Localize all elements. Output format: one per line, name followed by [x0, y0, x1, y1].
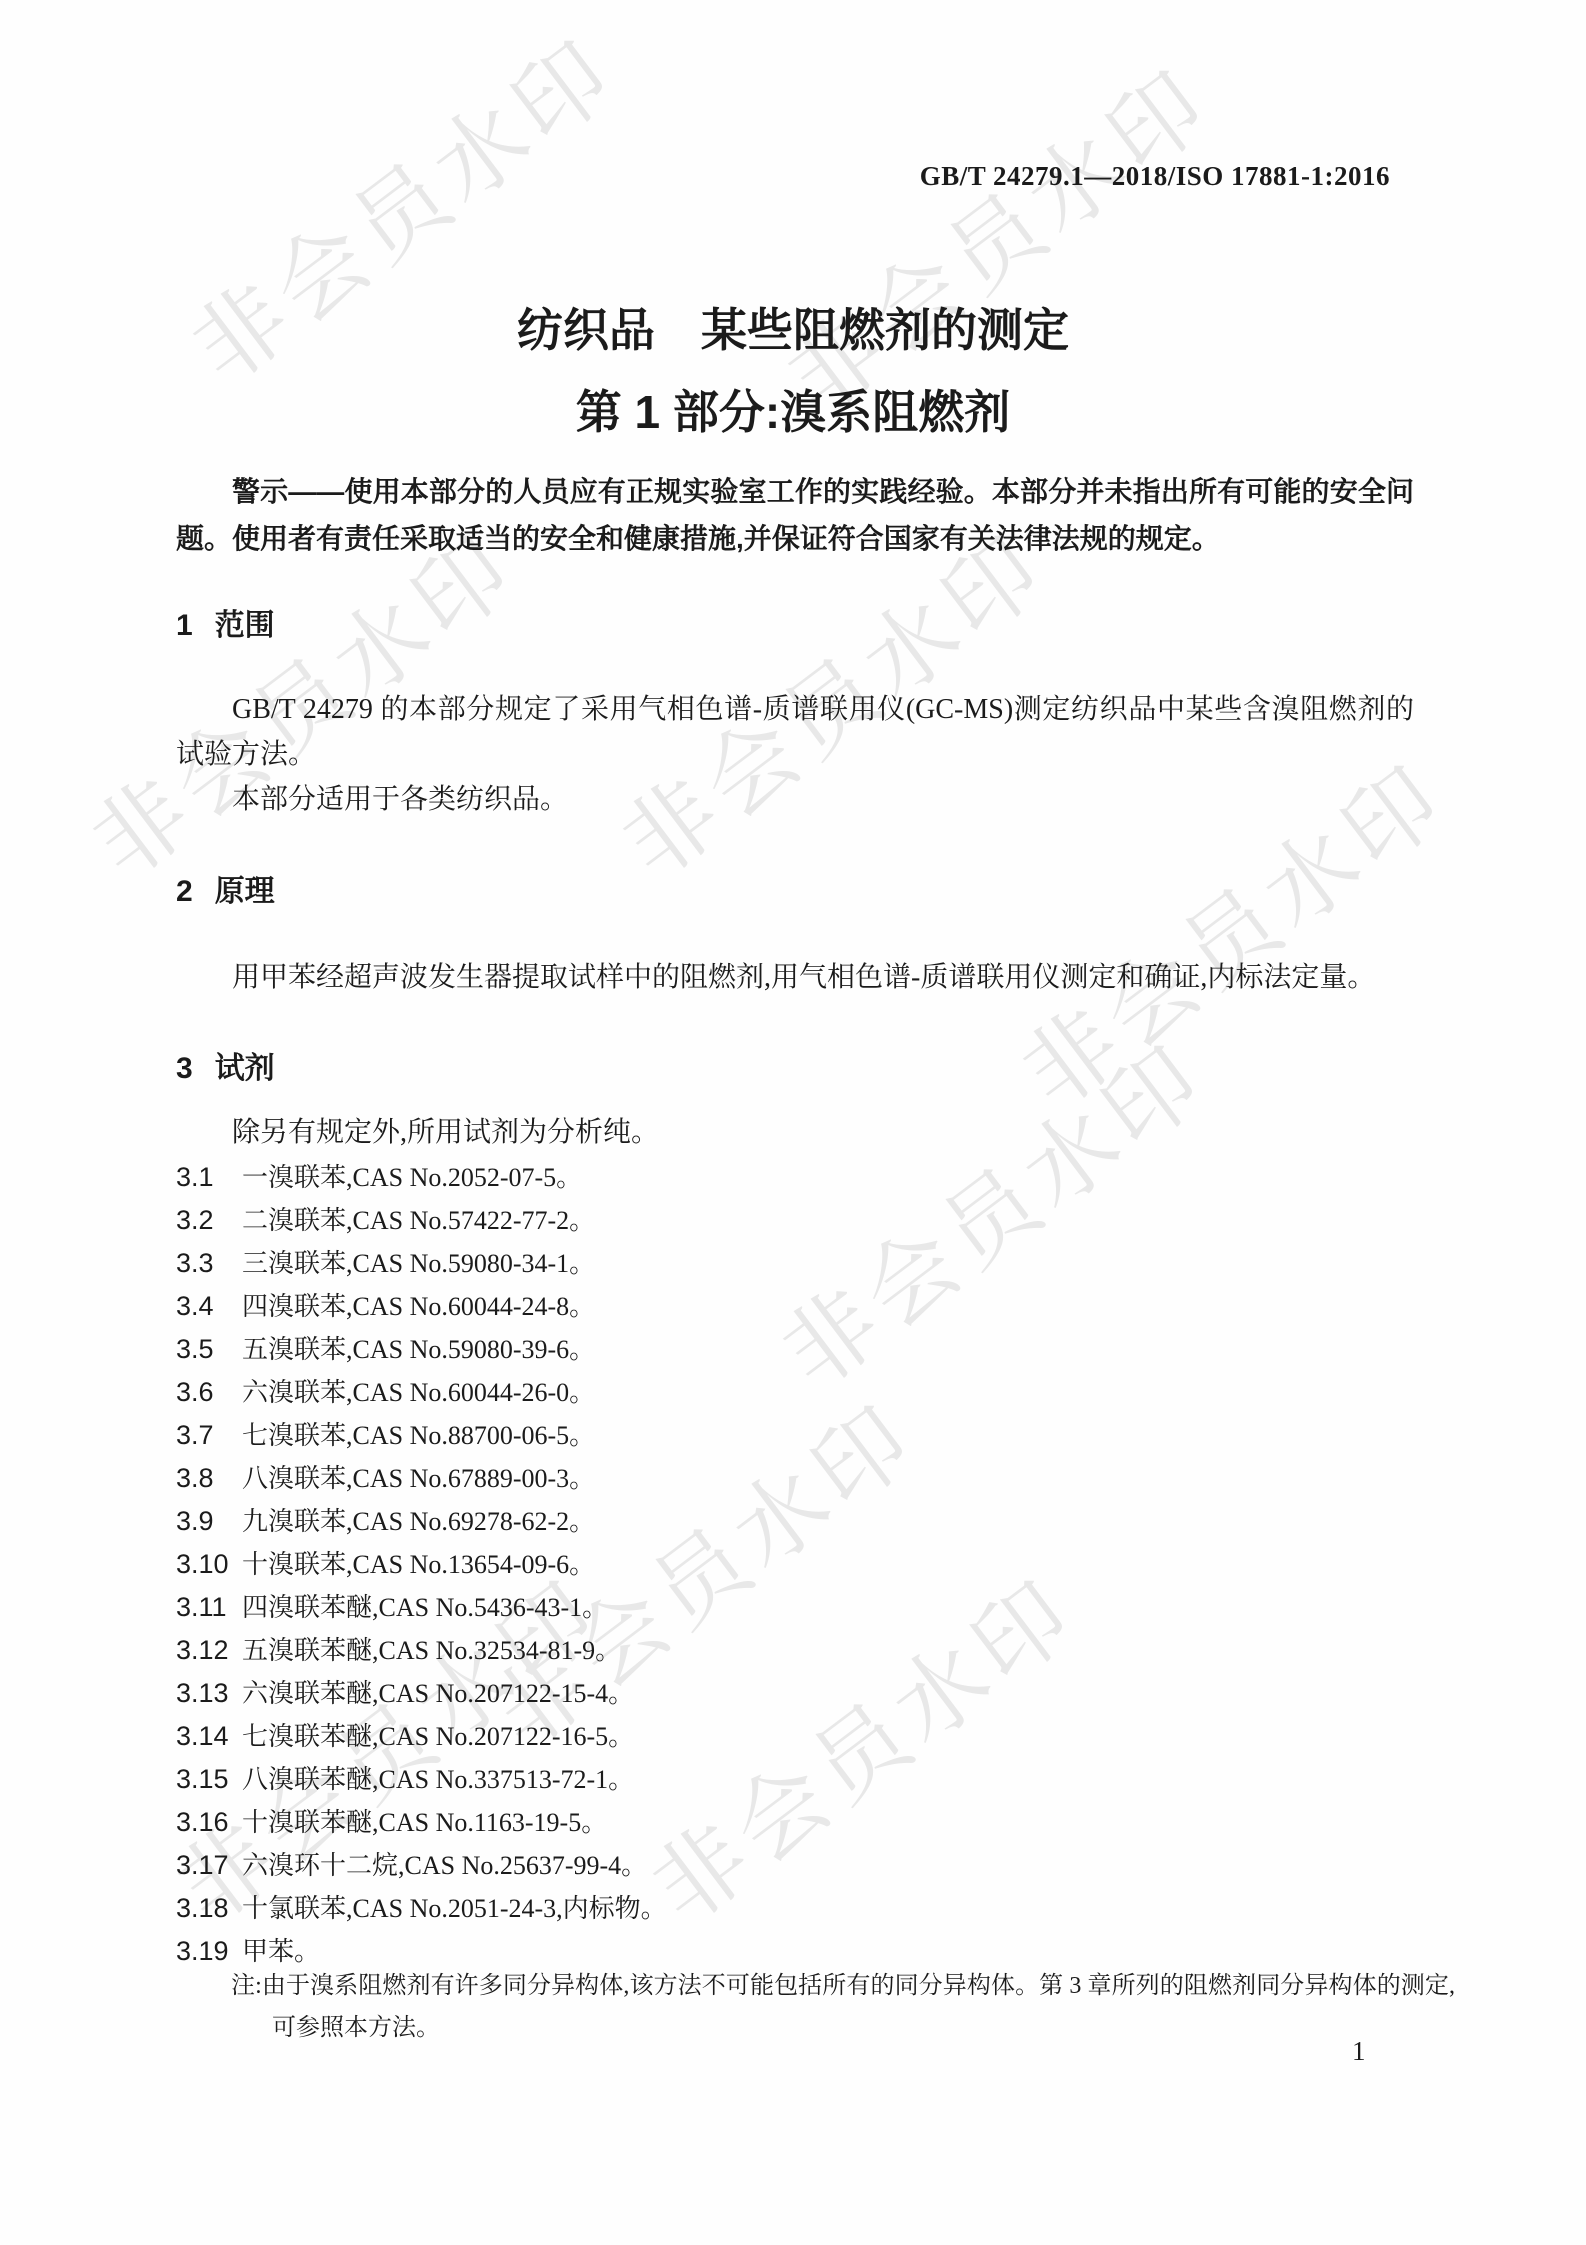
reagent-item: 3.3三溴联苯,CAS No.59080-34-1。	[176, 1243, 1414, 1286]
reagent-item: 3.17六溴环十二烷,CAS No.25637-99-4。	[176, 1845, 1414, 1888]
reagent-item: 3.15八溴联苯醚,CAS No.337513-72-1。	[176, 1759, 1414, 1802]
reagent-item: 3.14七溴联苯醚,CAS No.207122-16-5。	[176, 1716, 1414, 1759]
section-1-heading: 1范围	[176, 608, 275, 644]
reagent-item: 3.2二溴联苯,CAS No.57422-77-2。	[176, 1200, 1414, 1243]
reagent-text: 四溴联苯醚,CAS No.5436-43-1。	[242, 1587, 608, 1624]
section-3-number: 3	[176, 1051, 193, 1087]
section-2-title: 原理	[215, 875, 275, 908]
reagent-number: 3.4	[176, 1291, 242, 1322]
reagent-text: 五溴联苯,CAS No.59080-39-6。	[242, 1329, 595, 1366]
reagent-item: 3.5五溴联苯,CAS No.59080-39-6。	[176, 1329, 1414, 1372]
reagent-number: 3.16	[176, 1807, 242, 1838]
reagent-number: 3.19	[176, 1936, 242, 1967]
reagent-number: 3.9	[176, 1506, 242, 1537]
reagent-text: 七溴联苯醚,CAS No.207122-16-5。	[242, 1716, 634, 1753]
section-3-title: 试剂	[215, 1052, 275, 1085]
reagent-number: 3.10	[176, 1549, 242, 1580]
reagent-item: 3.7七溴联苯,CAS No.88700-06-5。	[176, 1415, 1414, 1458]
reagent-text: 十溴联苯,CAS No.13654-09-6。	[242, 1544, 595, 1581]
reagent-text: 十溴联苯醚,CAS No.1163-19-5。	[242, 1802, 607, 1839]
reagent-item: 3.9九溴联苯,CAS No.69278-62-2。	[176, 1501, 1414, 1544]
reagent-number: 3.15	[176, 1764, 242, 1795]
reagent-text: 六溴联苯,CAS No.60044-26-0。	[242, 1372, 595, 1409]
reagent-number: 3.7	[176, 1420, 242, 1451]
reagent-text: 八溴联苯醚,CAS No.337513-72-1。	[242, 1759, 634, 1796]
reagent-text: 四溴联苯,CAS No.60044-24-8。	[242, 1286, 595, 1323]
reagent-text: 九溴联苯,CAS No.69278-62-2。	[242, 1501, 595, 1538]
document-title-line2: 第 1 部分:溴系阻燃剂	[0, 385, 1586, 439]
scope-paragraph-2: 本部分适用于各类纺织品。	[176, 777, 1414, 822]
reagent-number: 3.1	[176, 1162, 242, 1193]
section-3-heading: 3试剂	[176, 1051, 275, 1087]
section-1-number: 1	[176, 608, 193, 644]
reagent-item: 3.12五溴联苯醚,CAS No.32534-81-9。	[176, 1630, 1414, 1673]
reagent-number: 3.14	[176, 1721, 242, 1752]
reagent-text: 甲苯。	[242, 1931, 320, 1968]
reagent-item: 3.13六溴联苯醚,CAS No.207122-15-4。	[176, 1673, 1414, 1716]
reagent-number: 3.5	[176, 1334, 242, 1365]
reagent-item: 3.1一溴联苯,CAS No.2052-07-5。	[176, 1157, 1414, 1200]
section-2-number: 2	[176, 874, 193, 910]
page-number: 1	[1352, 2036, 1366, 2067]
reagent-text: 六溴环十二烷,CAS No.25637-99-4。	[242, 1845, 647, 1882]
reagent-text: 二溴联苯,CAS No.57422-77-2。	[242, 1200, 595, 1237]
reagent-number: 3.3	[176, 1248, 242, 1279]
scope-paragraph-1: GB/T 24279 的本部分规定了采用气相色谱-质谱联用仪(GC-MS)测定纺…	[176, 687, 1414, 777]
section-2-heading: 2原理	[176, 874, 275, 910]
reagent-item: 3.10十溴联苯,CAS No.13654-09-6。	[176, 1544, 1414, 1587]
reagent-number: 3.2	[176, 1205, 242, 1236]
reagent-number: 3.8	[176, 1463, 242, 1494]
reagents-intro: 除另有规定外,所用试剂为分析纯。	[176, 1110, 1414, 1155]
reagent-number: 3.6	[176, 1377, 242, 1408]
reagent-number: 3.17	[176, 1850, 242, 1881]
reagent-text: 六溴联苯醚,CAS No.207122-15-4。	[242, 1673, 634, 1710]
reagent-item: 3.18十氯联苯,CAS No.2051-24-3,内标物。	[176, 1888, 1414, 1931]
reagent-number: 3.12	[176, 1635, 242, 1666]
reagent-text: 五溴联苯醚,CAS No.32534-81-9。	[242, 1630, 621, 1667]
reagent-number: 3.11	[176, 1592, 242, 1623]
document-title-line1: 纺织品 某些阻燃剂的测定	[0, 303, 1586, 357]
reagent-item: 3.11四溴联苯醚,CAS No.5436-43-1。	[176, 1587, 1414, 1630]
document-page: 非会员水印 非会员水印 非会员水印 非会员水印 非会员水印 非会员水印 非会员水…	[0, 0, 1586, 2245]
section-1-title: 范围	[215, 609, 275, 642]
watermark-text: 非会员水印	[756, 32, 1235, 438]
reagent-item: 3.16十溴联苯醚,CAS No.1163-19-5。	[176, 1802, 1414, 1845]
principle-paragraph: 用甲苯经超声波发生器提取试样中的阻燃剂,用气相色谱-质谱联用仪测定和确证,内标法…	[176, 955, 1414, 1000]
reagent-number: 3.18	[176, 1893, 242, 1924]
reagent-text: 七溴联苯,CAS No.88700-06-5。	[242, 1415, 595, 1452]
reagent-text: 八溴联苯,CAS No.67889-00-3。	[242, 1458, 595, 1495]
warning-paragraph: 警示——使用本部分的人员应有正规实验室工作的实践经验。本部分并未指出所有可能的安…	[176, 468, 1414, 562]
reagent-text: 三溴联苯,CAS No.59080-34-1。	[242, 1243, 595, 1280]
standard-code: GB/T 24279.1—2018/ISO 17881-1:2016	[176, 161, 1390, 192]
reagent-item: 3.8八溴联苯,CAS No.67889-00-3。	[176, 1458, 1414, 1501]
reagent-list: 3.1一溴联苯,CAS No.2052-07-5。 3.2二溴联苯,CAS No…	[176, 1157, 1414, 1974]
reagents-note: 注:由于溴系阻燃剂有许多同分异构体,该方法不可能包括所有的同分异构体。第 3 章…	[231, 1965, 1455, 2049]
reagent-item: 3.6六溴联苯,CAS No.60044-26-0。	[176, 1372, 1414, 1415]
reagent-number: 3.13	[176, 1678, 242, 1709]
reagent-text: 一溴联苯,CAS No.2052-07-5。	[242, 1157, 582, 1194]
reagent-text: 十氯联苯,CAS No.2051-24-3,内标物。	[242, 1888, 667, 1925]
reagent-item: 3.4四溴联苯,CAS No.60044-24-8。	[176, 1286, 1414, 1329]
